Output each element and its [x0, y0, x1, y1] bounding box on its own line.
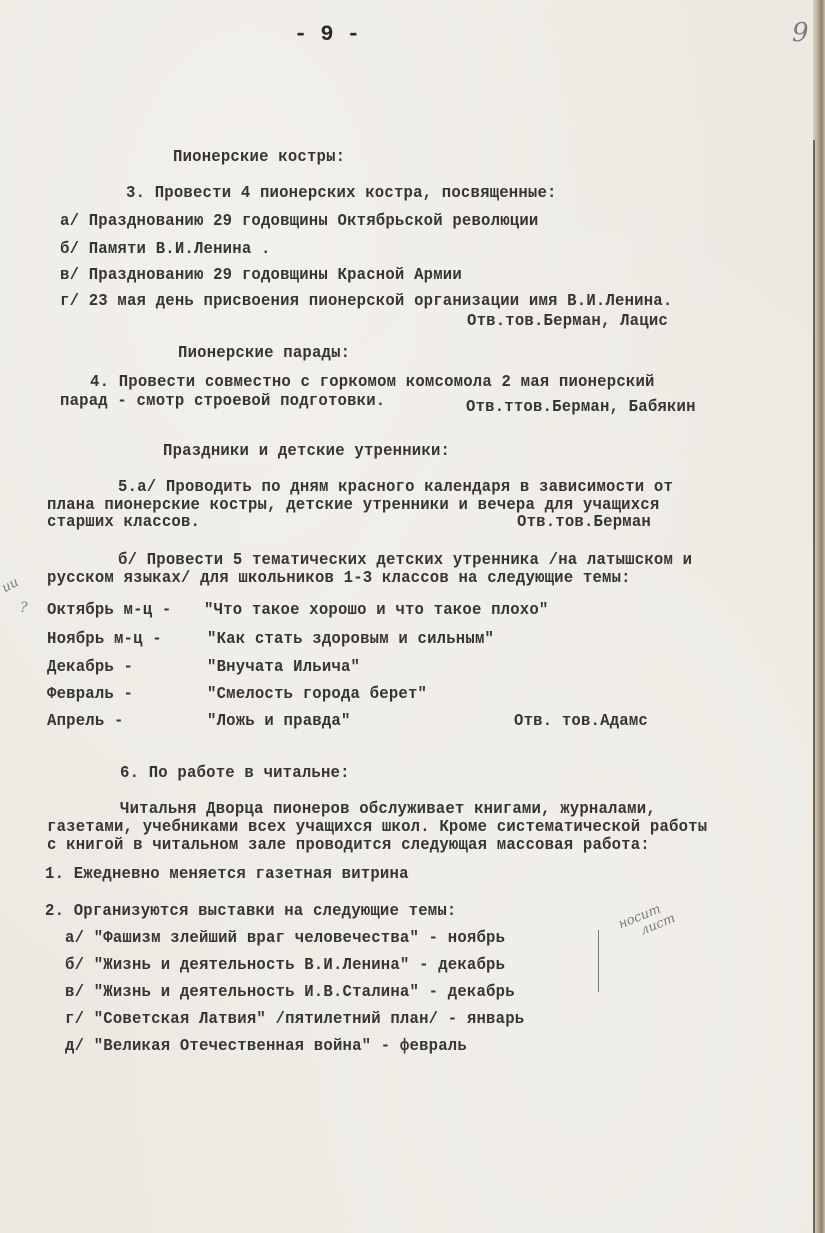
holidays-b-line: русском языках/ для школьников 1-3 класс…: [47, 569, 631, 589]
handwritten-question-mark: ?: [20, 600, 28, 616]
holidays-b-responsible: Отв. тов.Адамс: [514, 712, 648, 732]
heading-parades: Пионерские парады:: [178, 344, 350, 364]
exhibition-item: д/ "Великая Отечественная война" - февра…: [65, 1037, 467, 1057]
holidays-a-line: старших классов.: [47, 513, 200, 533]
bonfires-item: б/ Памяти В.И.Ленина .: [60, 240, 271, 260]
schedule-month: Февраль -: [47, 685, 133, 705]
parades-line2: парад - смотр строевой подготовки.: [60, 392, 385, 412]
exhibition-item: б/ "Жизнь и деятельность В.И.Ленина" - д…: [65, 956, 505, 976]
holidays-a-line: 5.а/ Проводить по дням красного календар…: [118, 478, 673, 498]
reading-room-paragraph-line: газетами, учебниками всех учащихся школ.…: [47, 818, 707, 838]
schedule-month: Апрель -: [47, 712, 124, 732]
holidays-a-responsible: Отв.тов.Берман: [517, 513, 651, 533]
reading-room-paragraph-line: с книгой в читальном зале проводится сле…: [47, 836, 650, 856]
holidays-b-line: б/ Провести 5 тематических детских утрен…: [118, 551, 692, 571]
document-page: - 9 - 9 Пионерские костры: 3. Провести 4…: [0, 0, 825, 1233]
schedule-theme: "Внучата Ильича": [207, 658, 360, 678]
parades-responsible: Отв.ттов.Берман, Бабякин: [466, 398, 696, 418]
exhibition-item: г/ "Советская Латвия" /пятилетний план/ …: [65, 1010, 524, 1030]
handwritten-page-number: 9: [792, 18, 809, 48]
handwritten-side-note: носит лист: [617, 899, 678, 945]
heading-bonfires: Пионерские костры:: [173, 148, 345, 168]
schedule-theme: "Что такое хорошо и что такое плохо": [204, 601, 549, 621]
paper-edge-line: [813, 140, 815, 1233]
parades-line1: 4. Провести совместно с горкомом комсомо…: [90, 373, 655, 393]
heading-holidays: Праздники и детские утренники:: [163, 442, 450, 462]
typed-page-number: - 9 -: [294, 22, 360, 47]
schedule-month: Декабрь -: [47, 658, 133, 678]
reading-room-paragraph-line: Читальня Дворца пионеров обслуживает кни…: [120, 800, 656, 820]
reading-room-point-2: 2. Организуются выставки на следующие те…: [45, 902, 456, 922]
handwritten-margin-note: ии: [0, 575, 21, 596]
exhibition-item: а/ "Фашизм злейший враг человечества" - …: [65, 929, 505, 949]
bonfires-item: г/ 23 мая день присвоения пионерской орг…: [60, 292, 672, 312]
schedule-theme: "Смелость города берет": [207, 685, 427, 705]
bonfires-responsible: Отв.тов.Берман, Лацис: [467, 312, 668, 332]
schedule-theme: "Как стать здоровым и сильным": [207, 630, 494, 650]
exhibition-item: в/ "Жизнь и деятельность И.В.Сталина" - …: [65, 983, 515, 1003]
schedule-theme: "Ложь и правда": [207, 712, 351, 732]
handwritten-bracket: [598, 930, 599, 992]
heading-reading-room: 6. По работе в читальне:: [120, 764, 350, 784]
reading-room-point-1: 1. Ежедневно меняется газетная витрина: [45, 865, 409, 885]
bonfires-item: в/ Празднованию 29 годовщины Красной Арм…: [60, 266, 462, 286]
bonfires-item: а/ Празднованию 29 годовщины Октябрьской…: [60, 212, 538, 232]
schedule-month: Ноябрь м-ц -: [47, 630, 162, 650]
schedule-month: Октябрь м-ц -: [47, 601, 171, 621]
bonfires-intro: 3. Провести 4 пионерских костра, посвяще…: [126, 184, 557, 204]
